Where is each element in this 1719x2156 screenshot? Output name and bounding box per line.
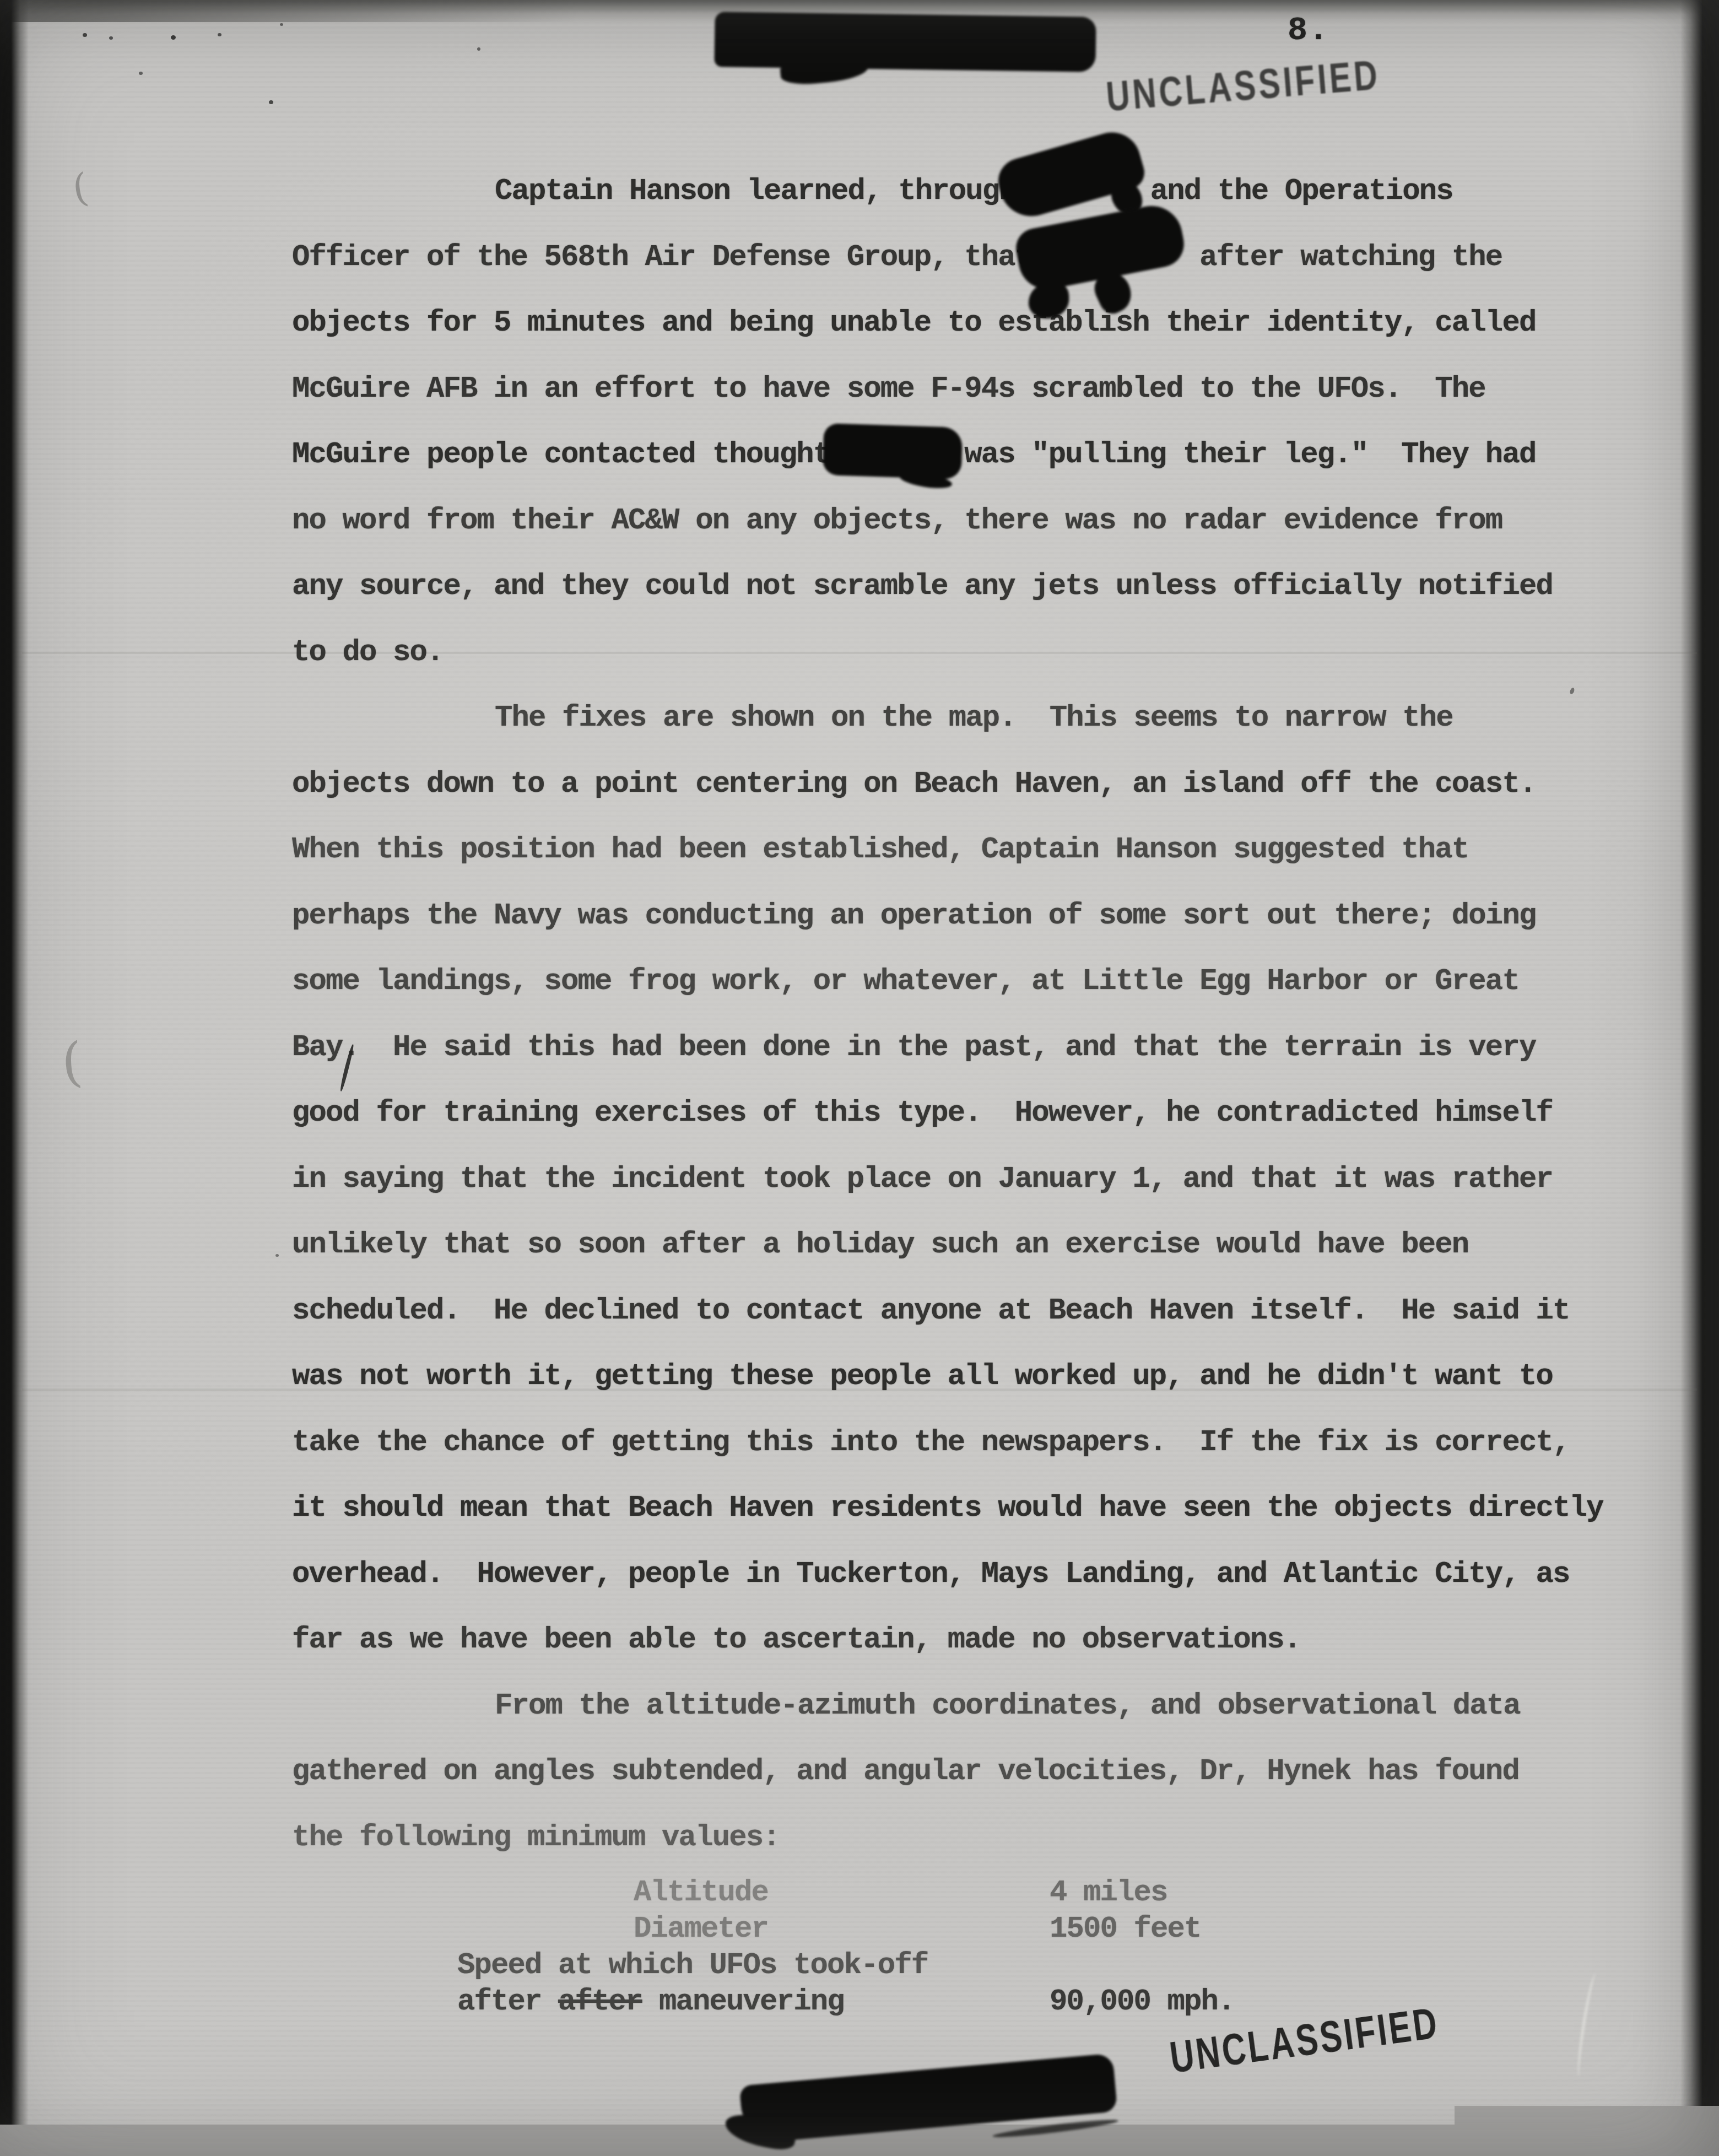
text-line: no word from their AC&W on any objects, …: [292, 488, 1636, 554]
text-line: The fixes are shown on the map. This see…: [292, 685, 1636, 752]
page-number: 8.: [1288, 12, 1329, 50]
text-line: was not worth it, getting these people a…: [292, 1344, 1636, 1410]
scan-edge-left: [0, 0, 29, 2156]
scan-edge-top-left: [0, 0, 771, 22]
metric-label: Altitude: [634, 1876, 768, 1910]
text-line: Officer of the 568th Air Defense Group, …: [292, 225, 1636, 291]
metric-value: 1500 feet: [1050, 1911, 1201, 1948]
text-line: good for training exercises of this type…: [292, 1080, 1636, 1147]
paper-speck: [171, 35, 176, 40]
text-line: objects for 5 minutes and being unable t…: [292, 290, 1636, 356]
table-row: Speed at which UFOs took-off: [292, 1948, 1636, 1984]
unclassified-stamp-top: UNCLASSIFIED: [1104, 50, 1382, 121]
text-line: gathered on angles subtended, and angula…: [292, 1739, 1636, 1805]
text-line: From the altitude-azimuth coordinates, a…: [292, 1673, 1636, 1739]
scan-band-bottom-right: [1455, 2106, 1719, 2128]
text-line: any source, and they could not scramble …: [292, 554, 1636, 620]
margin-paren-mark: (: [60, 1031, 84, 1094]
table-row: Diameter1500 feet: [292, 1911, 1636, 1948]
metric-label: after after maneuvering: [457, 1985, 844, 2019]
text-line: objects down to a point centering on Bea…: [292, 752, 1636, 818]
metric-label: Speed at which UFOs took-off: [457, 1949, 928, 1982]
metric-label: Diameter: [634, 1912, 768, 1946]
paper-speck: [83, 33, 87, 37]
text-line: in saying that the incident took place o…: [292, 1147, 1636, 1213]
scanned-document-page: 8. UNCLASSIFIED ( ( Captain Hanson learn…: [0, 0, 1719, 2156]
margin-paren-mark: (: [69, 164, 90, 211]
text-line: to do so.: [292, 620, 1636, 686]
scan-edge-right: [1680, 0, 1719, 2156]
paper-speck: [269, 100, 273, 104]
text-line: McGuire people contacted thought was "pu…: [292, 422, 1636, 488]
text-line: perhaps the Navy was conducting an opera…: [292, 883, 1636, 949]
text-line: When this position had been established,…: [292, 817, 1636, 883]
text-line: scheduled. He declined to contact anyone…: [292, 1278, 1636, 1344]
text-line: the following minimum values:: [292, 1805, 1636, 1871]
text-line: it should mean that Beach Haven resident…: [292, 1476, 1636, 1542]
text-line: Bay. He said this had been done in the p…: [292, 1015, 1636, 1081]
text-line: Captain Hanson learned, through and the …: [292, 159, 1636, 225]
text-line: far as we have been able to ascertain, m…: [292, 1607, 1636, 1673]
text-line: take the chance of getting this into the…: [292, 1410, 1636, 1476]
struck-word: after: [558, 1985, 642, 2019]
text-line: unlikely that so soon after a holiday su…: [292, 1212, 1636, 1278]
body-text: Captain Hanson learned, through and the …: [292, 159, 1636, 1871]
paper-speck: [139, 72, 143, 75]
text-line: McGuire AFB in an effort to have some F-…: [292, 356, 1636, 423]
metric-value: 4 miles: [1050, 1875, 1167, 1911]
paper-speck: [275, 1254, 279, 1257]
metric-value: 90,000 mph.: [1050, 1984, 1235, 2020]
metric-label-text: after: [457, 1985, 558, 2019]
redaction-mark-name-thought: [823, 423, 963, 479]
text-line: overhead. However, people in Tuckerton, …: [292, 1542, 1636, 1608]
metric-label-text: maneuvering: [642, 1985, 844, 2019]
paper-speck: [109, 36, 113, 40]
text-line: some landings, some frog work, or whatev…: [292, 949, 1636, 1015]
paper-speck: [218, 33, 221, 36]
paper-speck: [477, 47, 480, 51]
redaction-mark-header-bar: [714, 12, 1096, 72]
paper-speck: [280, 23, 283, 26]
table-row: Altitude4 miles: [292, 1875, 1636, 1911]
